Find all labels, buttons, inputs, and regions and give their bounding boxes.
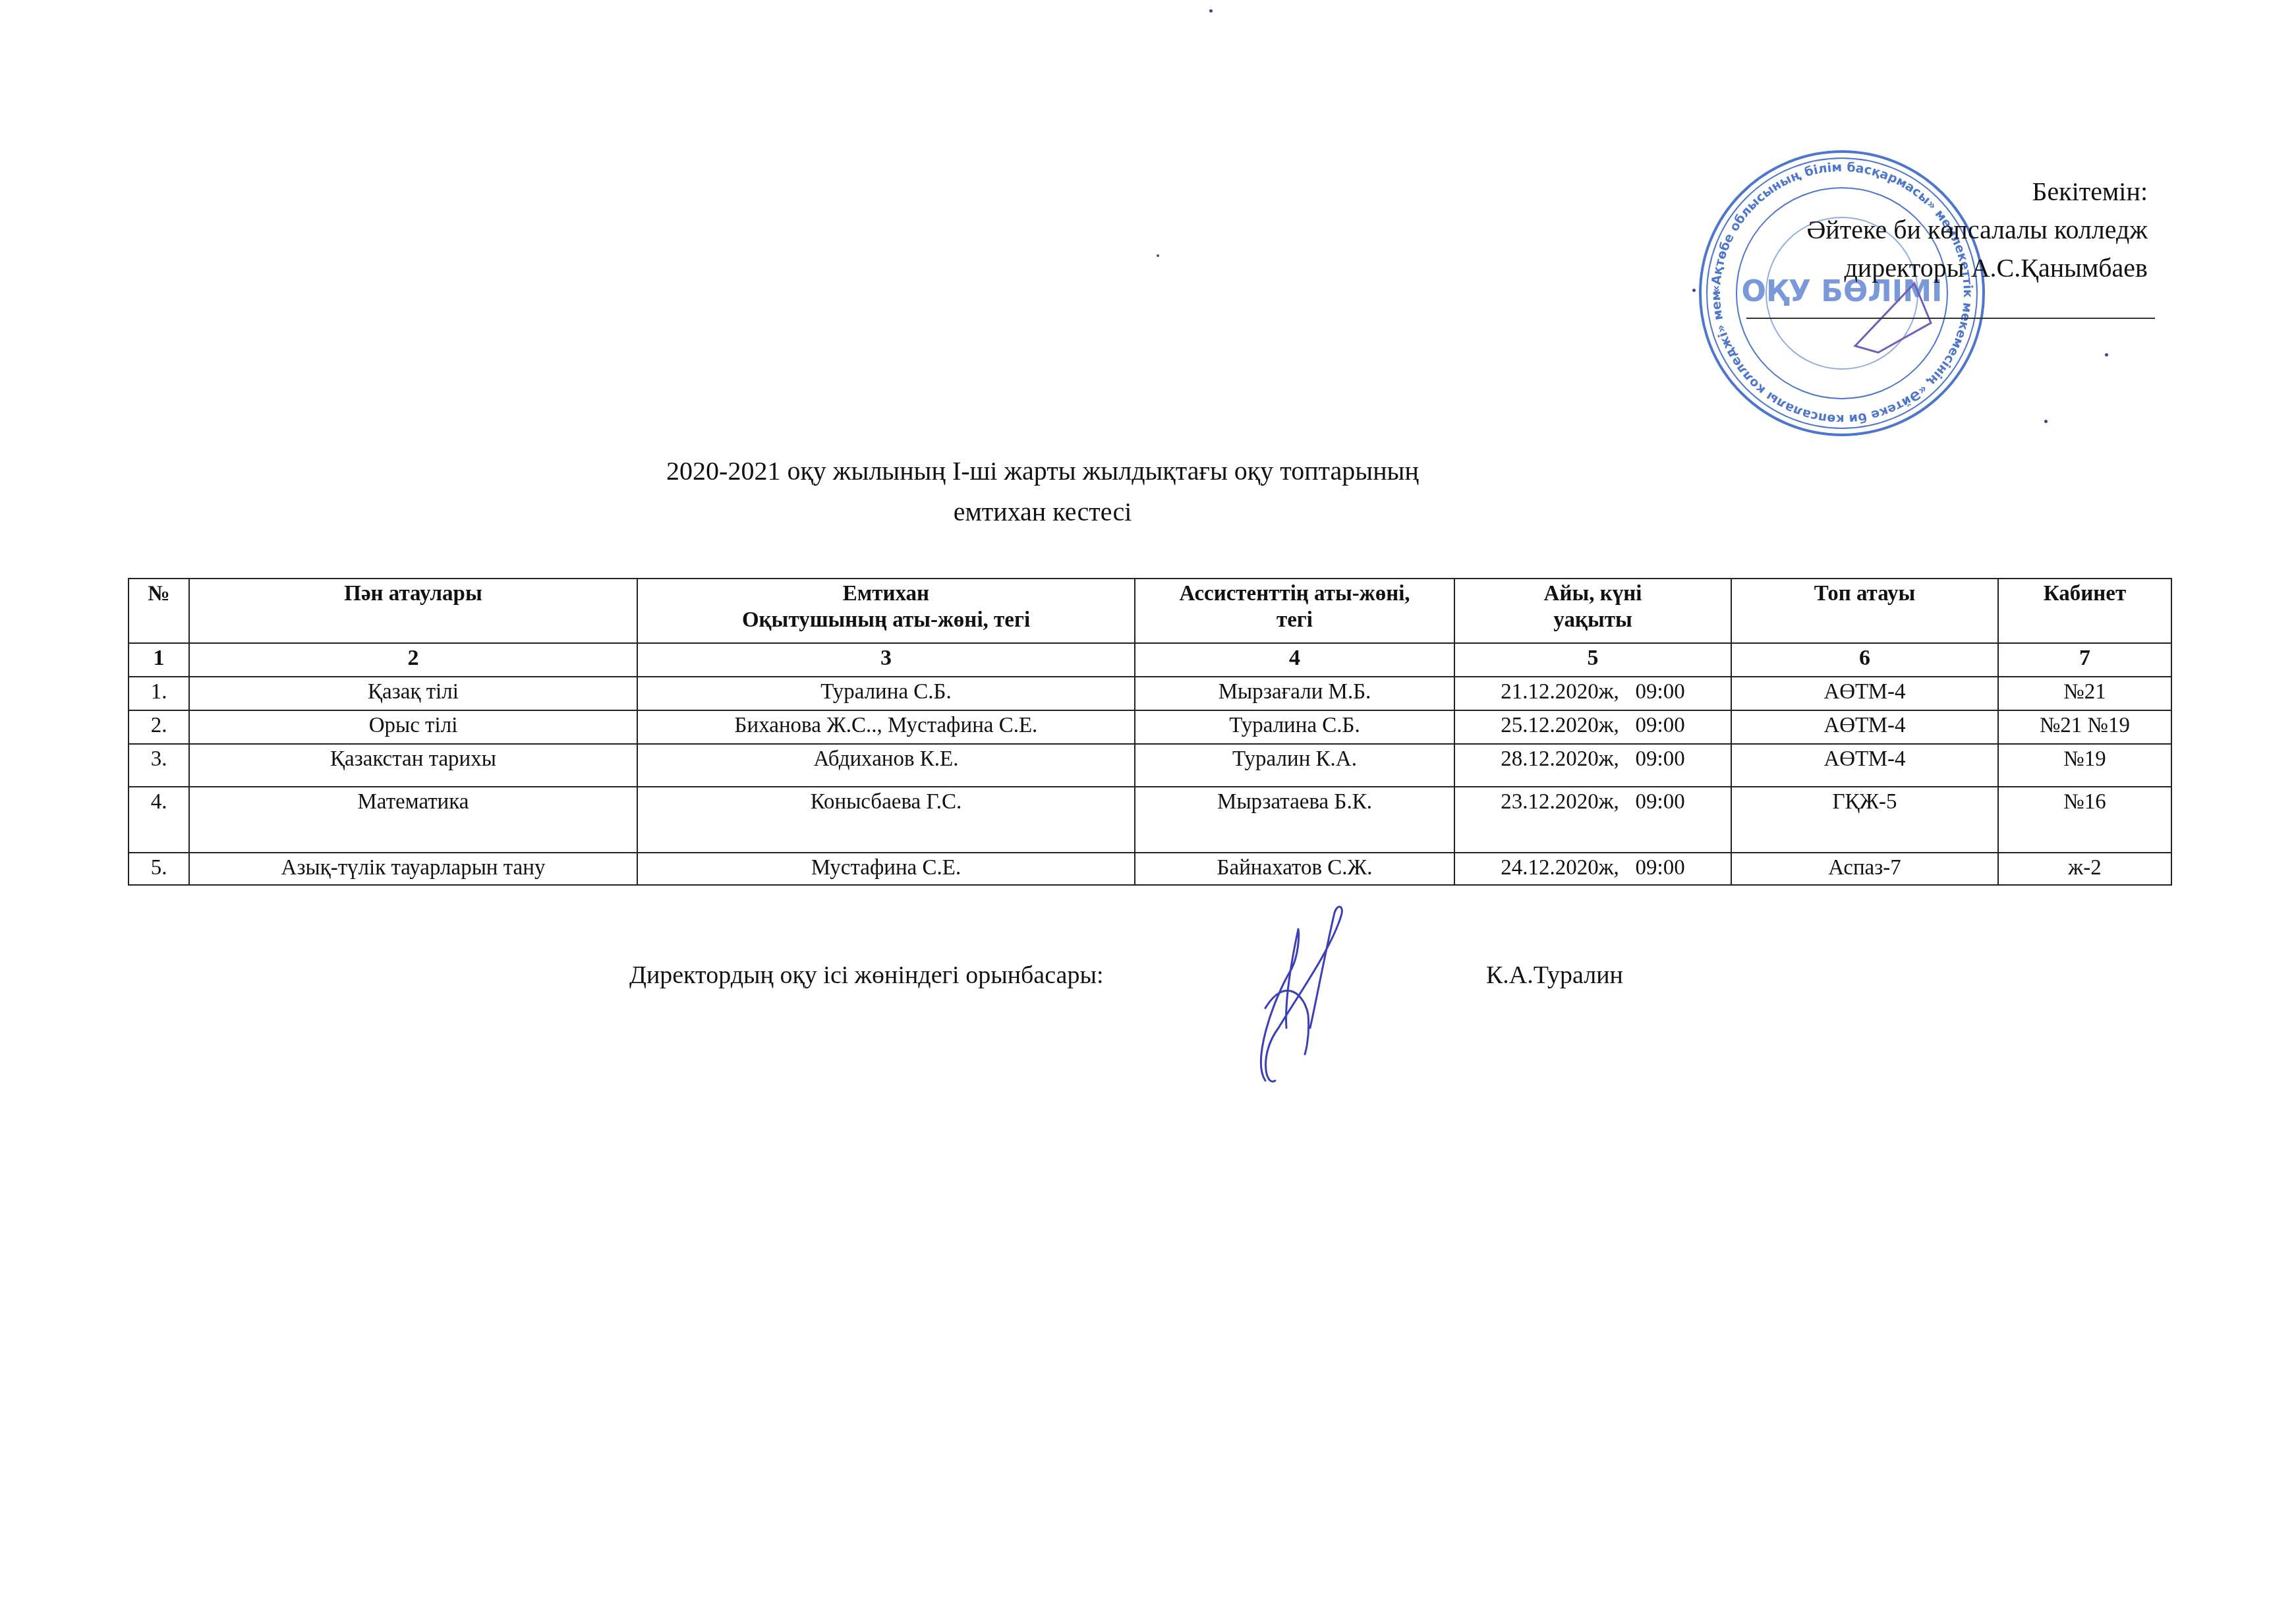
scan-speck [1157,254,1159,257]
row-number: 5. [129,853,189,885]
assistant-cell: Мырзағали М.Б. [1135,677,1454,710]
teacher-cell: Конысбаева Г.С. [637,787,1135,853]
room-cell: ж-2 [1998,853,2171,885]
column-number: 6 [1731,643,1998,677]
table-row: 4. Математика Конысбаева Г.С. Мырзатаева… [129,787,2171,853]
scan-speck [1692,289,1696,292]
header-number: № [129,579,189,643]
teacher-cell: Туралина С.Б. [637,677,1135,710]
room-cell: №21 [1998,677,2171,710]
subject-cell: Қазақ тілі [189,677,637,710]
header-room: Кабинет [1998,579,2171,643]
assistant-cell: Мырзатаева Б.К. [1135,787,1454,853]
exam-schedule-table: № Пән атаулары Емтихан Оқытушының аты-жө… [128,578,2172,886]
column-number: 7 [1998,643,2171,677]
column-number: 1 [129,643,189,677]
datetime-cell: 28.12.2020ж, 09:00 [1454,744,1731,787]
header-assistant-line2: тегі [1139,607,1450,633]
room-cell: №16 [1998,787,2171,853]
assistant-cell: Байнахатов С.Ж. [1135,853,1454,885]
room-cell: №21 №19 [1998,710,2171,744]
teacher-cell: Мустафина С.Е. [637,853,1135,885]
group-cell: АӨТМ-4 [1731,677,1998,710]
table-row: 1. Қазақ тілі Туралина С.Б. Мырзағали М.… [129,677,2171,710]
group-cell: АӨТМ-4 [1731,710,1998,744]
approval-heading: Бекітемін: [1806,173,2148,211]
approval-institution: Әйтеке би көпсалалы колледж [1806,211,2148,249]
column-number: 3 [637,643,1135,677]
document-subtitle: емтихан кестесі [0,497,2191,527]
column-numbers-row: 1 2 3 4 5 6 7 [129,643,2171,677]
header-teacher: Емтихан Оқытушының аты-жөні, тегі [637,579,1135,643]
header-teacher-line1: Емтихан [642,581,1130,607]
table-row: 5. Азық-түлік тауарларын тану Мустафина … [129,853,2171,885]
assistant-cell: Туралина С.Б. [1135,710,1454,744]
header-assistant: Ассистенттің аты-жөні, тегі [1135,579,1454,643]
subject-cell: Математика [189,787,637,853]
datetime-cell: 23.12.2020ж, 09:00 [1454,787,1731,853]
teacher-cell: Биханова Ж.С.., Мустафина С.Е. [637,710,1135,744]
approval-director: директоры А.С.Қанымбаев [1806,249,2148,287]
scan-speck [2105,353,2108,356]
header-datetime: Айы, күні уақыты [1454,579,1731,643]
row-number: 3. [129,744,189,787]
handwritten-signature [1226,896,1397,1094]
header-datetime-line1: Айы, күні [1459,581,1727,607]
subject-cell: Орыс тілі [189,710,637,744]
scan-speck [1209,9,1213,13]
row-number: 1. [129,677,189,710]
header-assistant-line1: Ассистенттің аты-жөні, [1139,581,1450,607]
column-number: 4 [1135,643,1454,677]
deputy-director-name: К.А.Туралин [1486,961,1623,990]
room-cell: №19 [1998,744,2171,787]
subject-cell: Қазакстан тарихы [189,744,637,787]
group-cell: Аспаз-7 [1731,853,1998,885]
header-datetime-line2: уақыты [1459,607,1727,633]
table-row: 2. Орыс тілі Биханова Ж.С.., Мустафина С… [129,710,2171,744]
column-number: 5 [1454,643,1731,677]
scan-speck [2044,420,2048,423]
table-row: 3. Қазакстан тарихы Абдиханов К.Е. Турал… [129,744,2171,787]
document-title: 2020-2021 оқу жылының І-ші жарты жылдықт… [0,456,2191,486]
datetime-cell: 21.12.2020ж, 09:00 [1454,677,1731,710]
table-header-row: № Пән атаулары Емтихан Оқытушының аты-жө… [129,579,2171,643]
column-number: 2 [189,643,637,677]
datetime-cell: 24.12.2020ж, 09:00 [1454,853,1731,885]
teacher-cell: Абдиханов К.Е. [637,744,1135,787]
row-number: 2. [129,710,189,744]
row-number: 4. [129,787,189,853]
datetime-cell: 25.12.2020ж, 09:00 [1454,710,1731,744]
approval-signature-line [1746,318,2155,319]
group-cell: ГҚЖ-5 [1731,787,1998,853]
approval-block: Бекітемін: Әйтеке би көпсалалы колледж д… [1806,173,2148,287]
group-cell: АӨТМ-4 [1731,744,1998,787]
header-teacher-line2: Оқытушының аты-жөні, тегі [642,607,1130,633]
deputy-director-label: Директордың оқу ісі жөніндегі орынбасары… [629,961,1104,990]
header-group: Топ атауы [1731,579,1998,643]
header-subject: Пән атаулары [189,579,637,643]
assistant-cell: Туралин К.А. [1135,744,1454,787]
subject-cell: Азық-түлік тауарларын тану [189,853,637,885]
